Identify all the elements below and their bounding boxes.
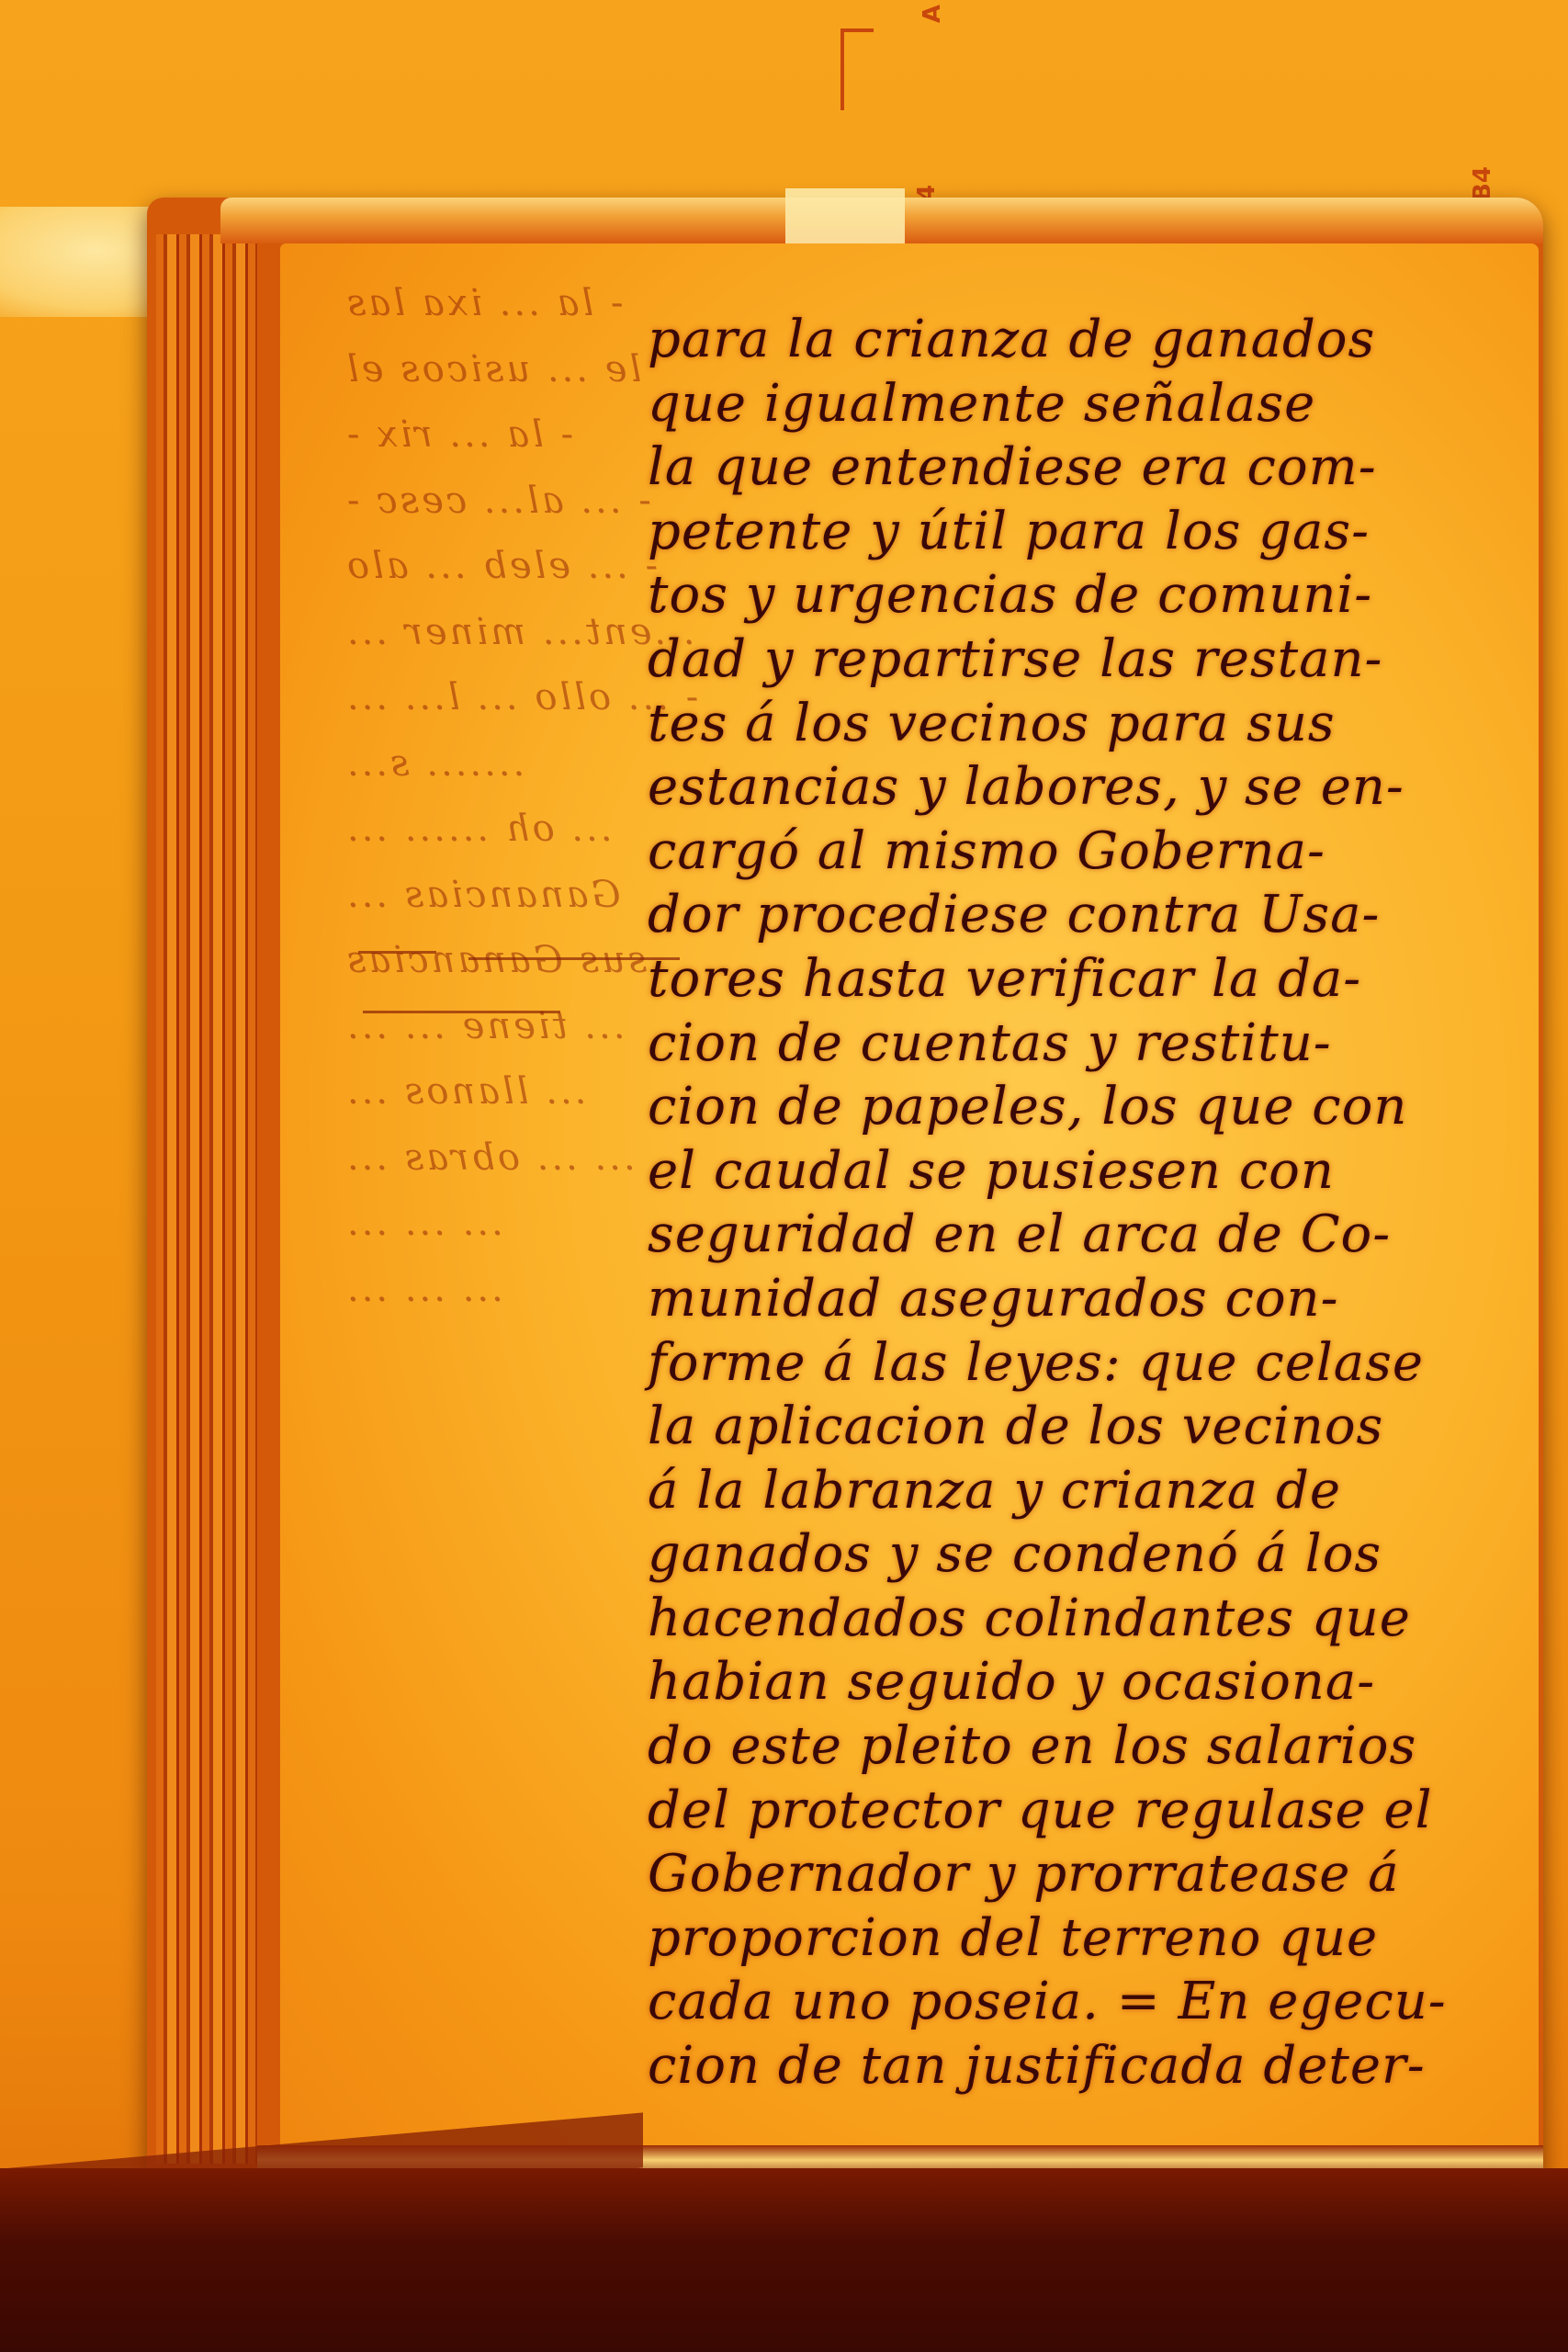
- manuscript-line: habian seguido y ocasiona-: [648, 1650, 1566, 1714]
- manuscript-line: proporcion del terreno que: [648, 1906, 1566, 1971]
- manuscript-line: el caudal se pusiesen con: [648, 1139, 1566, 1204]
- page-edges: [156, 234, 257, 2164]
- manuscript-line: del protector que regulase el: [648, 1779, 1566, 1843]
- manuscript-line: la aplicacion de los vecinos: [648, 1395, 1566, 1459]
- manuscript-line: Gobernador y prorratease á: [648, 1842, 1566, 1906]
- manuscript-text: para la crianza de ganados que igualment…: [648, 308, 1566, 2098]
- manuscript-line: tores hasta verificar la da-: [648, 947, 1566, 1012]
- manuscript-line: cada uno poseia. = En egecu-: [648, 1970, 1566, 2034]
- manuscript-line: hacendados colindantes que: [648, 1587, 1566, 1651]
- manuscript-line: dad y repartirse las restan-: [648, 628, 1566, 692]
- manuscript-line: cion de tan justificada deter-: [648, 2034, 1566, 2098]
- manuscript-line: seguridad en el arca de Co-: [648, 1203, 1566, 1267]
- manuscript-line: petente y útil para los gas-: [648, 500, 1566, 564]
- manuscript-line: cion de papeles, los que con: [648, 1075, 1566, 1139]
- manuscript-line: la que entendiese era com-: [648, 435, 1566, 500]
- manuscript-line: cargó al mismo Goberna-: [648, 820, 1566, 884]
- manuscript-line: ganados y se condenó á los: [648, 1522, 1566, 1587]
- manuscript-line: forme á las leyes: que celase: [648, 1331, 1566, 1396]
- corner-letter-marker: A: [919, 5, 946, 23]
- paper-tab-slip: [785, 188, 905, 243]
- manuscript-line: cion de cuentas y restitu-: [648, 1012, 1566, 1076]
- manuscript-line: munidad asegurados con-: [648, 1267, 1566, 1331]
- margin-underline: [363, 1011, 560, 1013]
- manuscript-line: estancias y labores, y se en-: [648, 755, 1566, 820]
- manuscript-line: tos y urgencias de comuni-: [648, 563, 1566, 628]
- dark-floor: [0, 2168, 1568, 2352]
- manuscript-line: do este pleito en los salarios: [648, 1714, 1566, 1779]
- manuscript-line: que igualmente señalase: [648, 372, 1566, 436]
- margin-underline: [358, 951, 436, 954]
- manuscript-line: tes á los vecinos para sus: [648, 692, 1566, 756]
- page-tag-marker: B4: [1469, 166, 1496, 201]
- manuscript-line: para la crianza de ganados: [648, 308, 1566, 372]
- corner-crop-mark: [840, 28, 874, 110]
- manuscript-line: dor procediese contra Usa-: [648, 883, 1566, 947]
- manuscript-line: á la labranza y crianza de: [648, 1459, 1566, 1523]
